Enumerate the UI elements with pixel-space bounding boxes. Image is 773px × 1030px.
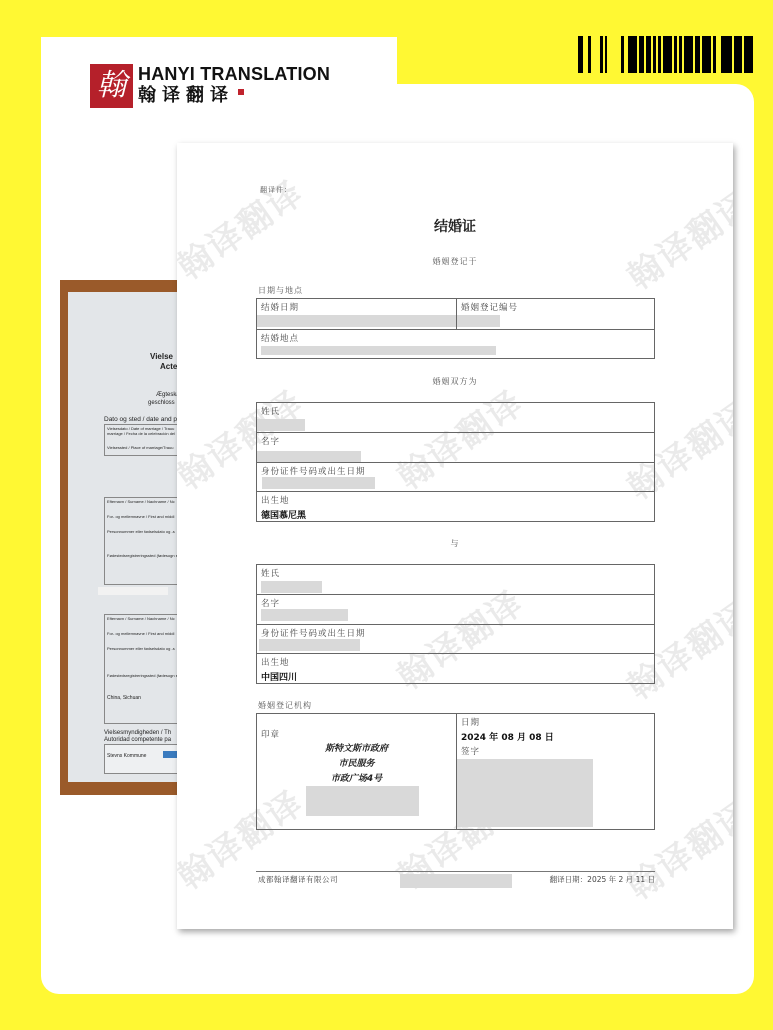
seal-line-1: 斯特文斯市政府	[257, 742, 456, 757]
marriage-place-row: 结婚地点	[257, 329, 654, 358]
registration-number-cell: 婚姻登记编号	[456, 299, 656, 329]
authority-heading: 婚姻登记机构	[258, 700, 312, 711]
section-date-place: 日期与地点	[258, 285, 303, 296]
and-word: 与	[177, 538, 733, 549]
original-document-paper: Vielse Acte Ægteska geschloss Dato og st…	[68, 292, 185, 782]
party1-surname-label: 姓氏	[257, 403, 654, 417]
orig-stamp-logo-icon	[163, 751, 177, 758]
party2-surname-redacted	[261, 581, 322, 593]
seal-redacted	[306, 786, 419, 816]
party1-birthplace-value: 德国慕尼黑	[257, 506, 654, 523]
seal-line-2: 市民服务	[257, 757, 456, 772]
date-value: 2024 年 08 月 08 日	[457, 728, 655, 745]
orig-section-header: Dato og sted / date and p	[104, 416, 177, 423]
orig-field-place: Vielsessted / Place of marriage/Trauu	[107, 445, 173, 450]
party1-surname-row: 姓氏	[257, 403, 654, 432]
marriage-place-label: 结婚地点	[257, 330, 654, 344]
logo-mark-icon: 翰	[90, 64, 133, 108]
brand-name-cn: 翰译翻译	[138, 84, 234, 108]
footer-divider	[256, 871, 655, 872]
footer-company: 成都翰译翻译有限公司	[258, 874, 338, 885]
orig-party2-id: Personnummer eller fødselsdato og -s	[107, 646, 175, 651]
orig-authority-box: Stevns Kommune	[104, 744, 185, 774]
orig-date-box: Vielsesdato / Date of marriage / Trauu m…	[104, 424, 185, 456]
brand-name-cn-wrap: 翰译翻译	[138, 84, 330, 108]
party2-table: 姓氏 名字 身份证件号码或出生日期 出生地 中国四川	[256, 564, 655, 684]
orig-party1-surname: Efternavn / Surname / Nachname / Nc	[107, 499, 175, 504]
orig-subtitle-2: geschloss	[148, 400, 175, 406]
orig-party2-given: For- og mellemnavne / First and middl	[107, 631, 174, 636]
document-title: 结婚证	[177, 216, 733, 236]
party1-id-row: 身份证件号码或出生日期	[257, 462, 654, 491]
footer-translation-date: 翻译日期：2025 年 2 月 11 日	[550, 874, 655, 885]
original-document-photo: Vielse Acte Ægteska geschloss Dato og st…	[60, 280, 185, 795]
doc-label: 翻译件：	[260, 185, 292, 195]
party1-id-label: 身份证件号码或出生日期	[257, 463, 654, 477]
brand-name-en: HANYI TRANSLATION	[138, 64, 330, 84]
translated-document: 翰译翻译 翰译翻译 翰译翻译 翰译翻译 翰译翻译 翰译翻译 翰译翻译 翰译翻译 …	[177, 143, 733, 929]
party1-birthplace-row: 出生地 德国慕尼黑	[257, 491, 654, 521]
signature-redacted	[457, 759, 593, 827]
parties-heading: 婚姻双方为	[177, 376, 733, 387]
date-place-table: 结婚日期 婚姻登记编号 结婚地点	[256, 298, 655, 359]
logo-text: HANYI TRANSLATION 翰译翻译	[138, 64, 330, 108]
orig-title-2: Acte	[160, 362, 177, 371]
party1-surname-redacted	[257, 419, 305, 431]
orig-authority-2: Autoridad competente pa	[104, 737, 171, 743]
signature-label: 签字	[457, 745, 655, 757]
marriage-date-label: 结婚日期	[257, 299, 456, 313]
party1-given-row: 名字	[257, 432, 654, 462]
party2-id-label: 身份证件号码或出生日期	[257, 625, 654, 639]
orig-party1-id: Personnummer eller fødselsdato og -s	[107, 529, 175, 534]
orig-field-date-2: marriage / Fecha de la celebración del	[107, 431, 175, 436]
party1-table: 姓氏 名字 身份证件号码或出生日期 出生地 德国慕尼黑	[256, 402, 655, 522]
seal-line-3: 市政广场4号	[257, 772, 456, 787]
seal-label: 印章	[257, 714, 456, 740]
party2-given-row: 名字	[257, 594, 654, 624]
footer-redacted	[400, 874, 512, 888]
brand-logo: 翰 HANYI TRANSLATION 翰译翻译	[90, 64, 330, 108]
authority-table: 印章 斯特文斯市政府 市民服务 市政广场4号 日期 2024 年 08 月 08…	[256, 713, 655, 830]
party2-id-redacted	[259, 639, 360, 651]
orig-title-1: Vielse	[150, 352, 173, 361]
registered-at: 婚姻登记于	[177, 256, 733, 267]
orig-authority-1: Vielsesmyndigheden / Th	[104, 730, 171, 736]
party2-birthplace-label: 出生地	[257, 654, 654, 668]
orig-redaction	[98, 587, 168, 595]
barcode-icon	[578, 36, 754, 73]
orig-party2-surname: Efternavn / Surname / Nachname / Nc	[107, 616, 175, 621]
date-label: 日期	[457, 714, 655, 728]
orig-authority-stamp: Stevns Kommune	[107, 753, 146, 759]
orig-party1-birthplace: Fødestedsregistreringssted (fødesogn e	[107, 553, 178, 558]
party2-given-label: 名字	[257, 595, 654, 609]
registration-number-label: 婚姻登记编号	[457, 299, 656, 313]
party2-surname-label: 姓氏	[257, 565, 654, 579]
marriage-place-redacted	[261, 346, 496, 355]
party1-given-label: 名字	[257, 433, 654, 447]
orig-party1-box: Efternavn / Surname / Nachname / Nc For-…	[104, 497, 185, 585]
party2-id-row: 身份证件号码或出生日期	[257, 624, 654, 653]
seal-text: 斯特文斯市政府 市民服务 市政广场4号	[257, 742, 456, 787]
party1-id-redacted	[262, 477, 375, 489]
party2-given-redacted	[261, 609, 348, 621]
marriage-date-cell: 结婚日期	[257, 299, 456, 329]
orig-party1-given: For- og mellemnavne / First and middl	[107, 514, 174, 519]
party2-birthplace-value: 中国四川	[257, 668, 654, 685]
watermark: 翰译翻译	[616, 176, 733, 299]
date-signature-cell: 日期 2024 年 08 月 08 日 签字	[456, 714, 655, 829]
orig-birthplace-value: China, Sichuan	[107, 695, 141, 701]
brand-dot-icon	[238, 89, 244, 95]
marriage-date-row: 结婚日期 婚姻登记编号	[257, 299, 654, 329]
party1-birthplace-label: 出生地	[257, 492, 654, 506]
party2-birthplace-row: 出生地 中国四川	[257, 653, 654, 683]
party2-surname-row: 姓氏	[257, 565, 654, 594]
seal-cell: 印章 斯特文斯市政府 市民服务 市政广场4号	[257, 714, 456, 829]
orig-party2-box: Efternavn / Surname / Nachname / Nc For-…	[104, 614, 185, 724]
orig-party2-birthplace: Fødestedsregistreringssted (fødesogn e	[107, 673, 178, 678]
